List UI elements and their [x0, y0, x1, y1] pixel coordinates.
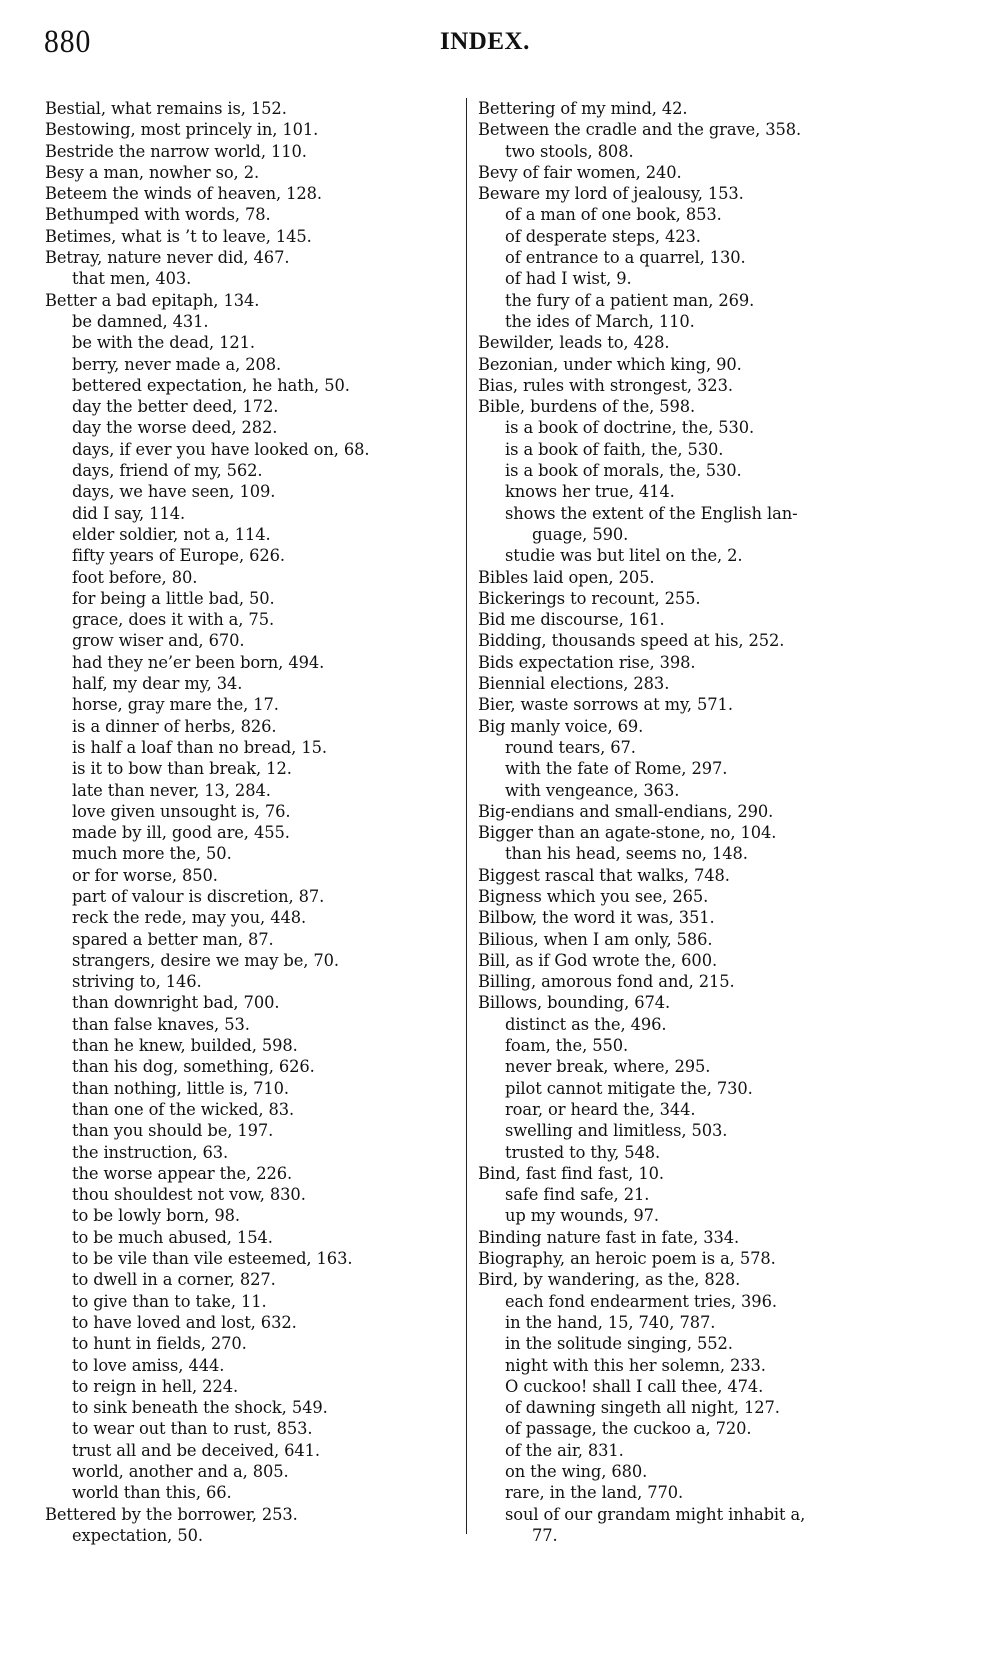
index-subentry: half, my dear my, 34. — [45, 673, 460, 694]
index-subentry: bettered expectation, he hath, 50. — [45, 375, 460, 396]
index-subentry: than false knaves, 53. — [45, 1014, 460, 1035]
index-subentry: that men, 403. — [45, 268, 460, 289]
index-subentry: berry, never made a, 208. — [45, 354, 460, 375]
index-subentry: never break, where, 295. — [478, 1056, 948, 1077]
index-entry: Biggest rascal that walks, 748. — [478, 865, 948, 886]
index-entry: Bias, rules with strongest, 323. — [478, 375, 948, 396]
index-subentry: day the worse deed, 282. — [45, 417, 460, 438]
index-subentry: thou shouldest not vow, 830. — [45, 1184, 460, 1205]
index-subentry: in the solitude singing, 552. — [478, 1333, 948, 1354]
index-entry: Bettering of my mind, 42. — [478, 98, 948, 119]
index-subentry: the worse appear the, 226. — [45, 1163, 460, 1184]
index-subentry: the ides of March, 110. — [478, 311, 948, 332]
index-subentry: than his dog, something, 626. — [45, 1056, 460, 1077]
index-entry: Biography, an heroic poem is a, 578. — [478, 1248, 948, 1269]
index-entry: Biennial elections, 283. — [478, 673, 948, 694]
index-subentry: rare, in the land, 770. — [478, 1482, 948, 1503]
index-subentry: fifty years of Europe, 626. — [45, 545, 460, 566]
index-subentry: to give than to take, 11. — [45, 1291, 460, 1312]
index-subentry: of had I wist, 9. — [478, 268, 948, 289]
index-entry: Bilious, when I am only, 586. — [478, 929, 948, 950]
index-subentry: is a book of morals, the, 530. — [478, 460, 948, 481]
index-entry: Bestowing, most princely in, 101. — [45, 119, 460, 140]
index-subentry: swelling and limitless, 503. — [478, 1120, 948, 1141]
index-subentry: to love amiss, 444. — [45, 1355, 460, 1376]
index-entry: Bestial, what remains is, 152. — [45, 98, 460, 119]
index-subentry: grace, does it with a, 75. — [45, 609, 460, 630]
index-subentry: than one of the wicked, 83. — [45, 1099, 460, 1120]
index-entry: Bewilder, leads to, 428. — [478, 332, 948, 353]
index-subentry: with the fate of Rome, 297. — [478, 758, 948, 779]
index-entry: Better a bad epitaph, 134. — [45, 290, 460, 311]
index-entry: Bevy of fair women, 240. — [478, 162, 948, 183]
index-entry: Bigger than an agate-stone, no, 104. — [478, 822, 948, 843]
index-entry: Betray, nature never did, 467. — [45, 247, 460, 268]
index-entry: Besy a man, nowher so, 2. — [45, 162, 460, 183]
index-subentry: to be lowly born, 98. — [45, 1205, 460, 1226]
index-entry: Bibles laid open, 205. — [478, 567, 948, 588]
index-subentry: foam, the, 550. — [478, 1035, 948, 1056]
index-subentry: to sink beneath the shock, 549. — [45, 1397, 460, 1418]
page-number: 880 — [44, 24, 91, 61]
index-subentry: day the better deed, 172. — [45, 396, 460, 417]
index-subentry: up my wounds, 97. — [478, 1205, 948, 1226]
index-entry: Bind, fast find fast, 10. — [478, 1163, 948, 1184]
index-entry: Big manly voice, 69. — [478, 716, 948, 737]
index-subentry: distinct as the, 496. — [478, 1014, 948, 1035]
index-subentry: each fond endearment tries, 396. — [478, 1291, 948, 1312]
index-entry: Bird, by wandering, as the, 828. — [478, 1269, 948, 1290]
index-entry: Bid me discourse, 161. — [478, 609, 948, 630]
index-subentry: than you should be, 197. — [45, 1120, 460, 1141]
index-subentry: be with the dead, 121. — [45, 332, 460, 353]
index-subentry: with vengeance, 363. — [478, 780, 948, 801]
index-subentry: of passage, the cuckoo a, 720. — [478, 1418, 948, 1439]
index-subentry: to reign in hell, 224. — [45, 1376, 460, 1397]
index-entry: Bidding, thousands speed at his, 252. — [478, 630, 948, 651]
index-subentry: be damned, 431. — [45, 311, 460, 332]
index-subentry: is it to bow than break, 12. — [45, 758, 460, 779]
index-entry: Between the cradle and the grave, 358. — [478, 119, 948, 140]
index-subentry: did I say, 114. — [45, 503, 460, 524]
index-subentry: than nothing, little is, 710. — [45, 1078, 460, 1099]
index-entry: Billing, amorous fond and, 215. — [478, 971, 948, 992]
index-subentry: the instruction, 63. — [45, 1142, 460, 1163]
index-subentry: studie was but litel on the, 2. — [478, 545, 948, 566]
index-entry: Betimes, what is ’t to leave, 145. — [45, 226, 460, 247]
index-entry: Binding nature fast in fate, 334. — [478, 1227, 948, 1248]
index-subentry: is half a loaf than no bread, 15. — [45, 737, 460, 758]
index-column-left: Bestial, what remains is, 152.Bestowing,… — [45, 98, 460, 1546]
index-subentry: on the wing, 680. — [478, 1461, 948, 1482]
index-subentry: foot before, 80. — [45, 567, 460, 588]
index-subentry: for being a little bad, 50. — [45, 588, 460, 609]
index-subentry: than he knew, builded, 598. — [45, 1035, 460, 1056]
index-subentry: had they ne’er been born, 494. — [45, 652, 460, 673]
index-subentry: love given unsought is, 76. — [45, 801, 460, 822]
index-subentry: elder soldier, not a, 114. — [45, 524, 460, 545]
index-subentry: of the air, 831. — [478, 1440, 948, 1461]
index-subentry: is a dinner of herbs, 826. — [45, 716, 460, 737]
index-subentry: days, if ever you have looked on, 68. — [45, 439, 460, 460]
index-entry: Beware my lord of jealousy, 153. — [478, 183, 948, 204]
index-entry: Bezonian, under which king, 90. — [478, 354, 948, 375]
running-title: INDEX. — [440, 28, 530, 56]
index-entry: Bilbow, the word it was, 351. — [478, 907, 948, 928]
index-subentry: grow wiser and, 670. — [45, 630, 460, 651]
index-entry: Bettered by the borrower, 253. — [45, 1504, 460, 1525]
index-subentry: is a book of faith, the, 530. — [478, 439, 948, 460]
index-subentry: than downright bad, 700. — [45, 992, 460, 1013]
index-subentry: to have loved and lost, 632. — [45, 1312, 460, 1333]
index-subentry: of dawning singeth all night, 127. — [478, 1397, 948, 1418]
index-subentry: days, we have seen, 109. — [45, 481, 460, 502]
index-subentry: O cuckoo! shall I call thee, 474. — [478, 1376, 948, 1397]
index-subentry: world than this, 66. — [45, 1482, 460, 1503]
index-subentry: two stools, 808. — [478, 141, 948, 162]
index-entry: Bigness which you see, 265. — [478, 886, 948, 907]
index-subentry: much more the, 50. — [45, 843, 460, 864]
index-entry-continuation: 77. — [478, 1525, 948, 1546]
index-entry-continuation: guage, 590. — [478, 524, 948, 545]
index-subentry: to wear out than to rust, 853. — [45, 1418, 460, 1439]
index-subentry: than his head, seems no, 148. — [478, 843, 948, 864]
index-subentry: or for worse, 850. — [45, 865, 460, 886]
index-column-right: Bettering of my mind, 42.Between the cra… — [478, 98, 948, 1546]
index-subentry: soul of our grandam might inhabit a, — [478, 1504, 948, 1525]
index-subentry: late than never, 13, 284. — [45, 780, 460, 801]
index-subentry: shows the extent of the English lan- — [478, 503, 948, 524]
index-subentry: pilot cannot mitigate the, 730. — [478, 1078, 948, 1099]
index-subentry: night with this her solemn, 233. — [478, 1355, 948, 1376]
index-entry: Bethumped with words, 78. — [45, 204, 460, 225]
index-entry: Bickerings to recount, 255. — [478, 588, 948, 609]
index-subentry: to hunt in fields, 270. — [45, 1333, 460, 1354]
index-entry: Bill, as if God wrote the, 600. — [478, 950, 948, 971]
index-subentry: is a book of doctrine, the, 530. — [478, 417, 948, 438]
index-subentry: the fury of a patient man, 269. — [478, 290, 948, 311]
index-subentry: trusted to thy, 548. — [478, 1142, 948, 1163]
index-subentry: reck the rede, may you, 448. — [45, 907, 460, 928]
index-subentry: in the hand, 15, 740, 787. — [478, 1312, 948, 1333]
index-entry: Bids expectation rise, 398. — [478, 652, 948, 673]
index-subentry: roar, or heard the, 344. — [478, 1099, 948, 1120]
index-entry: Billows, bounding, 674. — [478, 992, 948, 1013]
index-subentry: strangers, desire we may be, 70. — [45, 950, 460, 971]
index-entry: Big-endians and small-endians, 290. — [478, 801, 948, 822]
index-subentry: part of valour is discretion, 87. — [45, 886, 460, 907]
page-header: 880 INDEX. — [0, 20, 1000, 70]
column-divider — [466, 98, 467, 1534]
index-subentry: made by ill, good are, 455. — [45, 822, 460, 843]
index-subentry: of entrance to a quarrel, 130. — [478, 247, 948, 268]
index-subentry: round tears, 67. — [478, 737, 948, 758]
index-subentry: safe find safe, 21. — [478, 1184, 948, 1205]
index-subentry: knows her true, 414. — [478, 481, 948, 502]
index-entry: Bestride the narrow world, 110. — [45, 141, 460, 162]
index-subentry: striving to, 146. — [45, 971, 460, 992]
index-subentry: expectation, 50. — [45, 1525, 460, 1546]
index-subentry: trust all and be deceived, 641. — [45, 1440, 460, 1461]
index-subentry: spared a better man, 87. — [45, 929, 460, 950]
index-subentry: to be much abused, 154. — [45, 1227, 460, 1248]
index-subentry: horse, gray mare the, 17. — [45, 694, 460, 715]
index-subentry: to be vile than vile esteemed, 163. — [45, 1248, 460, 1269]
index-entry: Bible, burdens of the, 598. — [478, 396, 948, 417]
index-subentry: of desperate steps, 423. — [478, 226, 948, 247]
index-entry: Beteem the winds of heaven, 128. — [45, 183, 460, 204]
index-subentry: to dwell in a corner, 827. — [45, 1269, 460, 1290]
index-subentry: days, friend of my, 562. — [45, 460, 460, 481]
index-subentry: of a man of one book, 853. — [478, 204, 948, 225]
index-subentry: world, another and a, 805. — [45, 1461, 460, 1482]
index-entry: Bier, waste sorrows at my, 571. — [478, 694, 948, 715]
